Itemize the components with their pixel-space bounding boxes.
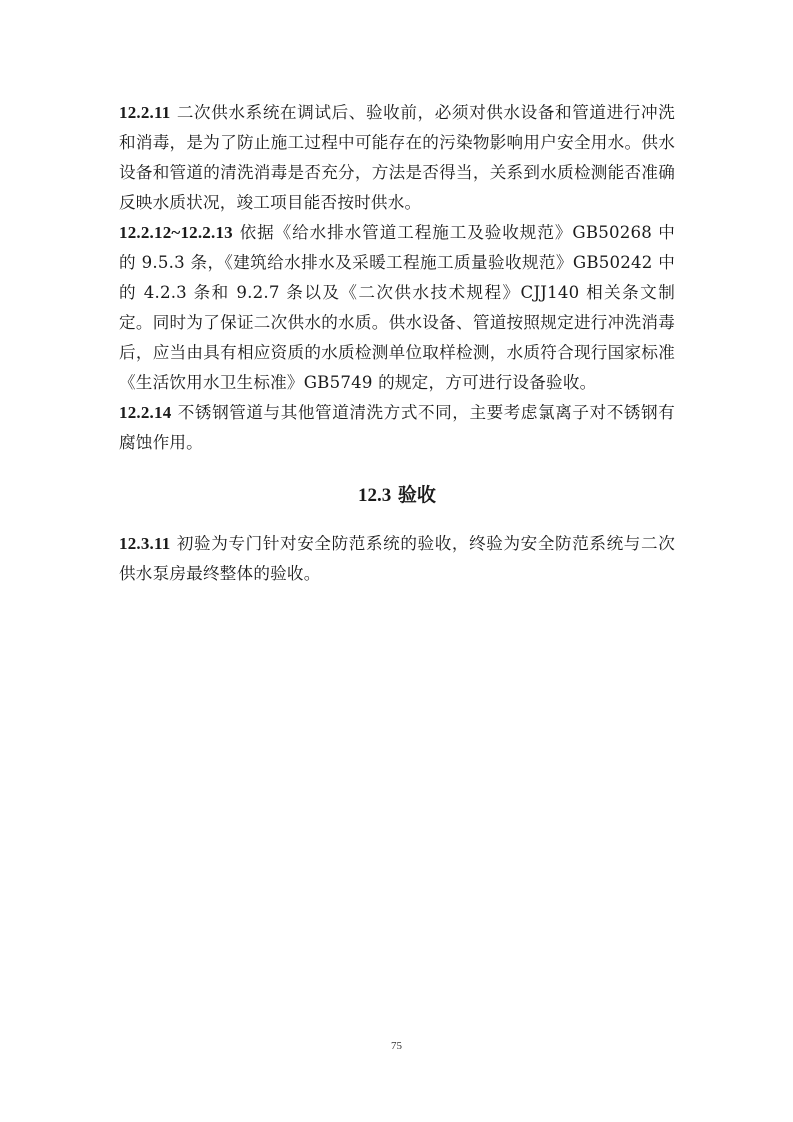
clause-number: 12.2.12~12.2.13 — [119, 223, 233, 242]
section-heading: 12.3 验收 — [119, 480, 675, 511]
paragraph-12-2-11: 12.2.11二次供水系统在调试后、验收前，必须对供水设备和管道进行冲洗和消毒，… — [119, 98, 675, 218]
clause-number: 12.2.11 — [119, 103, 170, 122]
page-number: 75 — [0, 1040, 793, 1052]
paragraph-text: 初验为专门针对安全防范系统的验收，终验为安全防范系统与二次供水泵房最终整体的验收… — [119, 534, 675, 583]
paragraph-text: 二次供水系统在调试后、验收前，必须对供水设备和管道进行冲洗和消毒，是为了防止施工… — [119, 103, 675, 212]
section-number: 12.3 — [358, 485, 391, 506]
section-title: 验收 — [398, 484, 436, 506]
clause-number: 12.2.14 — [119, 403, 171, 422]
paragraph-text: 依据《给水排水管道工程施工及验收规范》GB50268 中的 9.5.3 条，《建… — [119, 223, 675, 392]
clause-number: 12.3.11 — [119, 534, 170, 553]
document-page: 12.2.11二次供水系统在调试后、验收前，必须对供水设备和管道进行冲洗和消毒，… — [119, 98, 675, 589]
paragraph-12-2-12-13: 12.2.12~12.2.13依据《给水排水管道工程施工及验收规范》GB5026… — [119, 218, 675, 398]
paragraph-text: 不锈钢管道与其他管道清洗方式不同，主要考虑氯离子对不锈钢有腐蚀作用。 — [119, 403, 675, 452]
paragraph-12-2-14: 12.2.14不锈钢管道与其他管道清洗方式不同，主要考虑氯离子对不锈钢有腐蚀作用… — [119, 398, 675, 458]
paragraph-12-3-11: 12.3.11初验为专门针对安全防范系统的验收，终验为安全防范系统与二次供水泵房… — [119, 529, 675, 589]
